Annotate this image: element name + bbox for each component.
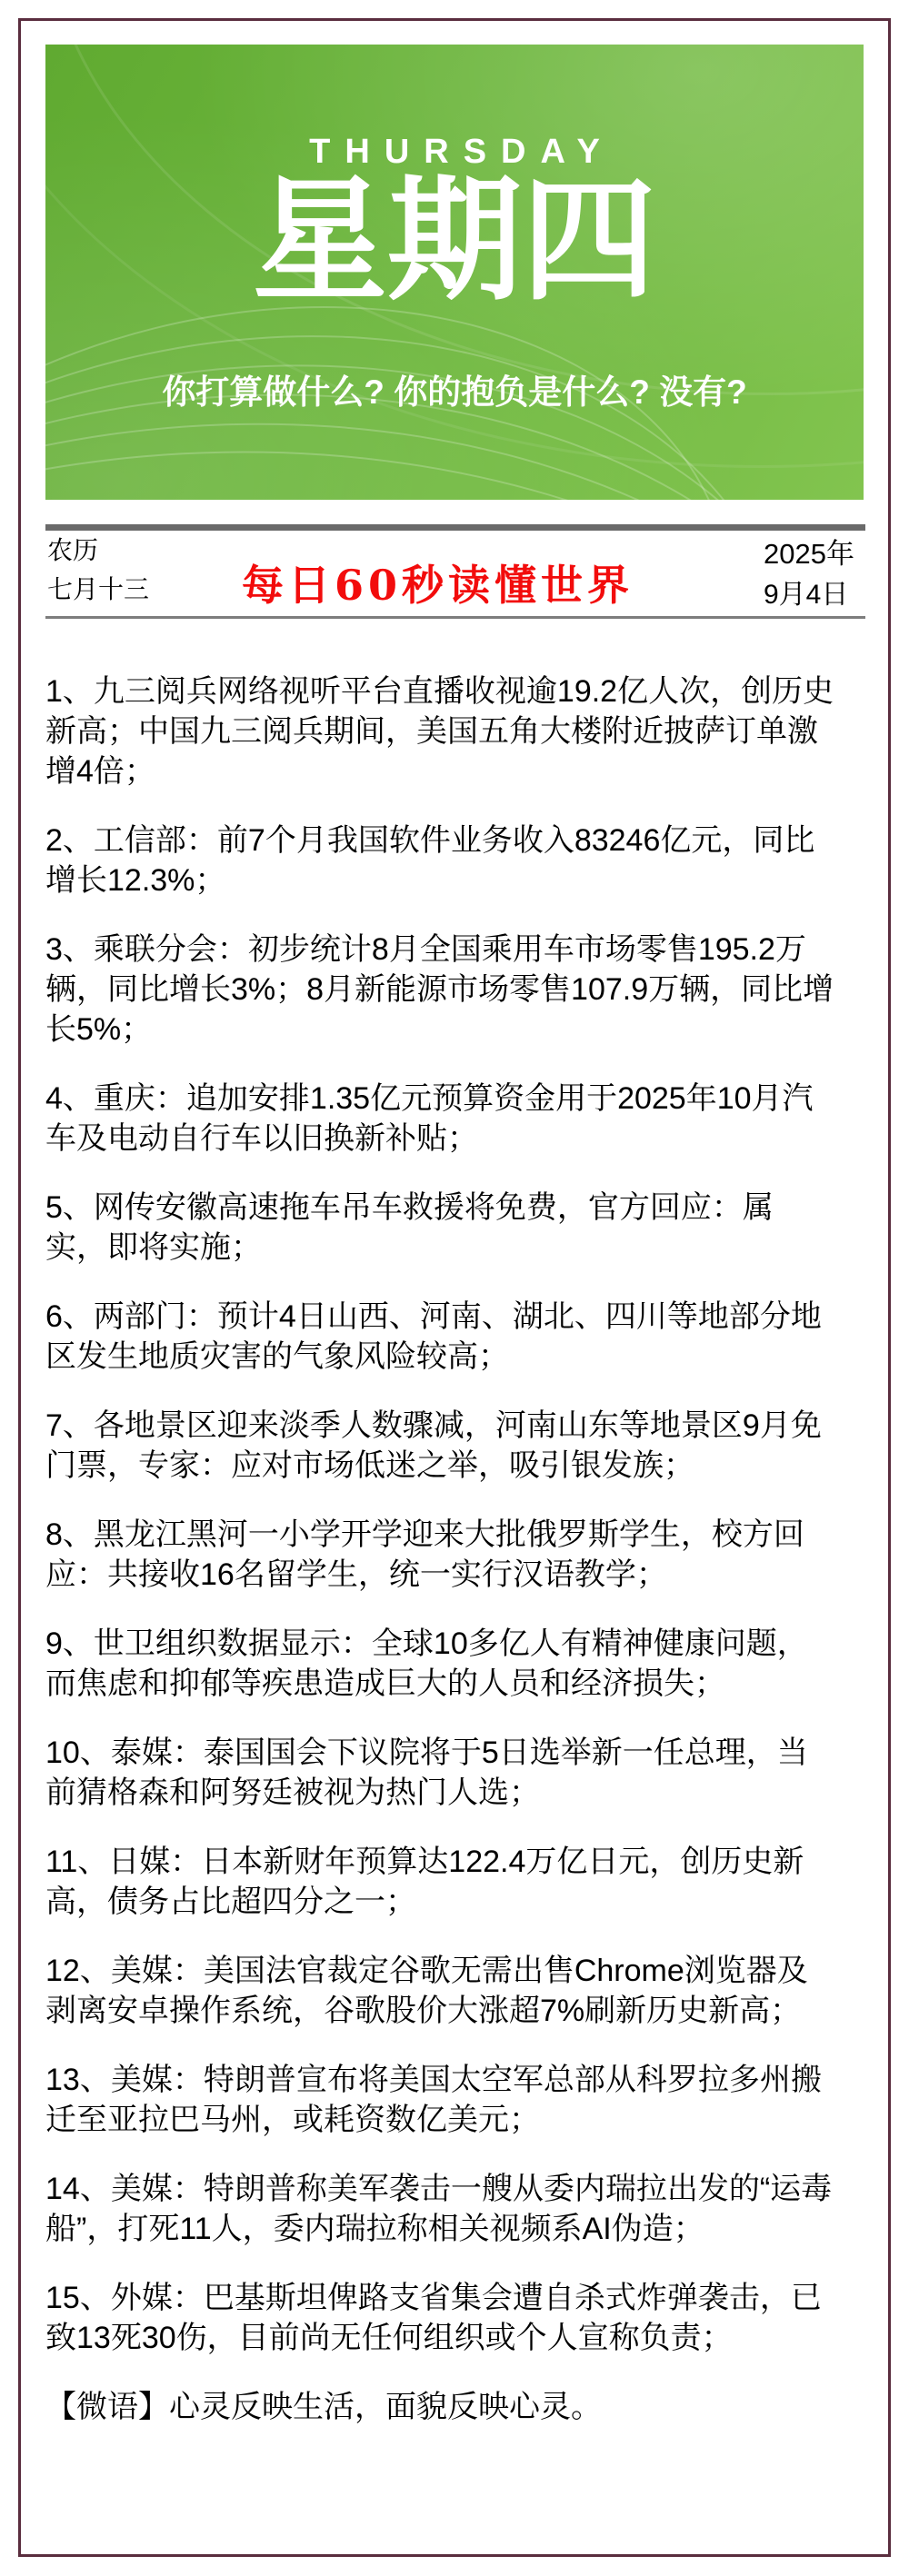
- page-title: 每日60秒读懂世界: [242, 552, 634, 612]
- lunar-calendar-label: 农历: [47, 531, 98, 567]
- news-item: 1、九三阅兵网络视听平台直播收视逾19.2亿人次，创历史新高；中国九三阅兵期间，…: [45, 671, 834, 791]
- gregorian-year: 2025年: [764, 531, 854, 572]
- daily-news-poster: THURSDAY 星期四 你打算做什么? 你的抱负是什么? 没有? 农历 七月十…: [0, 0, 909, 2576]
- news-list: 1、九三阅兵网络视听平台直播收视逾19.2亿人次，创历史新高；中国九三阅兵期间，…: [45, 671, 834, 2456]
- news-item: 2、工信部：前7个月我国软件业务收入83246亿元，同比增长12.3%；: [45, 821, 834, 900]
- news-item: 9、世卫组织数据显示：全球10多亿人有精神健康问题，而焦虑和抑郁等疾患造成巨大的…: [45, 1624, 834, 1704]
- news-item: 8、黑龙江黑河一小学开学迎来大批俄罗斯学生，校方回应：共接收16名留学生，统一实…: [45, 1515, 834, 1595]
- news-item: 11、日媒：日本新财年预算达122.4万亿日元，创历史新高，债务占比超四分之一；: [45, 1842, 834, 1922]
- news-item: 13、美媒：特朗普宣布将美国太空军总部从科罗拉多州搬迁至亚拉巴马州，或耗资数亿美…: [45, 2060, 834, 2140]
- weekday-chinese-title: 星期四: [45, 170, 864, 311]
- thick-divider: [45, 524, 865, 531]
- news-item: 5、网传安徽高速拖车吊车救援将免费，官方回应：属实，即将实施；: [45, 1188, 834, 1268]
- header-quote: 你打算做什么? 你的抱负是什么? 没有?: [45, 364, 864, 413]
- lunar-date: 七月十三: [47, 570, 149, 606]
- news-item: 6、两部门：预计4日山西、河南、湖北、四川等地部分地区发生地质灾害的气象风险较高…: [45, 1297, 834, 1377]
- header-banner: THURSDAY 星期四 你打算做什么? 你的抱负是什么? 没有?: [45, 45, 864, 500]
- news-item: 14、美媒：特朗普称美军袭击一艘从委内瑞拉出发的“运毒船”，打死11人，委内瑞拉…: [45, 2169, 834, 2249]
- news-item: 10、泰媒：泰国国会下议院将于5日选举新一任总理，当前猜格森和阿努廷被视为热门人…: [45, 1733, 834, 1813]
- news-item: 12、美媒：美国法官裁定谷歌无需出售Chrome浏览器及剥离安卓操作系统，谷歌股…: [45, 1951, 834, 2031]
- news-item: 4、重庆：追加安排1.35亿元预算资金用于2025年10月汽车及电动自行车以旧换…: [45, 1079, 834, 1159]
- news-item: 7、各地景区迎来淡季人数骤减，河南山东等地景区9月免门票，专家：应对市场低迷之举…: [45, 1406, 834, 1486]
- thin-divider: [45, 616, 865, 619]
- daily-quote: 【微语】心灵反映生活，面貌反映心灵。: [45, 2387, 834, 2427]
- gregorian-date: 9月4日: [764, 572, 848, 612]
- news-item: 15、外媒：巴基斯坦俾路支省集会遭自杀式炸弹袭击，已致13死30伤，目前尚无任何…: [45, 2278, 834, 2358]
- news-item: 3、乘联分会：初步统计8月全国乘用车市场零售195.2万辆，同比增长3%；8月新…: [45, 930, 834, 1049]
